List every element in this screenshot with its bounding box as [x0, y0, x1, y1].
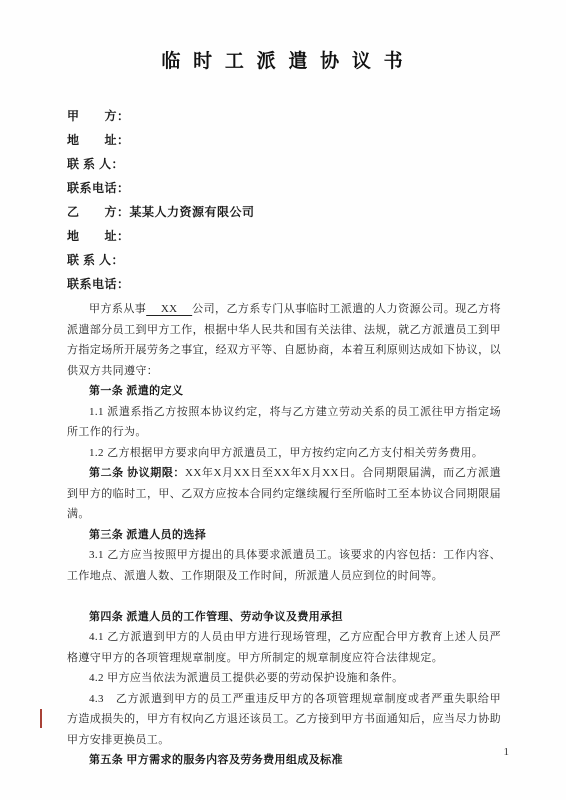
party-b-name-line: 乙 方：某某人力资源有限公司: [67, 200, 501, 224]
clause-3-item-3-1: 3.1 乙方应当按照甲方提出的具体要求派遣员工。该要求的内容包括：工作内容、工作…: [67, 545, 501, 586]
party-b-phone-line: 联系电话：: [67, 272, 501, 296]
party-a-contact-line: 联 系 人：: [67, 152, 501, 176]
party-info-section: 甲 方： 地 址： 联 系 人： 联系电话： 乙 方：某某人力资源有限公司 地 …: [67, 104, 501, 296]
contract-body: 甲方系从事 XX 公司，乙方系专门从事临时工派遣的人力资源公司。现乙方将派遣部分…: [67, 299, 501, 771]
party-a-address-line: 地 址：: [67, 128, 501, 152]
party-b-company-name: 某某人力资源有限公司: [130, 205, 255, 219]
clause-4-item-4-1: 4.1 乙方派遣到甲方的人员由甲方进行现场管理，乙方应配合甲方教育上述人员严格遵…: [67, 627, 501, 668]
clause-5-heading: 第五条 甲方需求的服务内容及劳务费用组成及标准: [67, 750, 501, 771]
party-a-phone-line: 联系电话：: [67, 176, 501, 200]
clause-1-heading: 第一条 派遣的定义: [67, 381, 501, 402]
party-b-address-line: 地 址：: [67, 224, 501, 248]
clause-1-item-1-1: 1.1 派遣系指乙方按照本协议约定，将与乙方建立劳动关系的员工派往甲方指定场所工…: [67, 402, 501, 443]
clause-4-item-4-2: 4.2 甲方应当依法为派遣员工提供必要的劳动保护设施和条件。: [67, 668, 501, 689]
party-a-name-line: 甲 方：: [67, 104, 501, 128]
document-page: 临 时 工 派 遣 协 议 书 甲 方： 地 址： 联 系 人： 联系电话： 乙…: [0, 0, 566, 800]
clause-1-item-1-2: 1.2 乙方根据甲方要求向甲方派遣员工，甲方按约定向乙方支付相关劳务费用。: [67, 443, 501, 464]
page-number: 1: [504, 746, 510, 758]
clause-2-paragraph: 第二条 协议期限：XX年X月XX日至XX年X月XX日。合同期限届满，而乙方派遣到…: [67, 463, 501, 525]
intro-text-before-blank: 甲方系从事: [89, 303, 146, 315]
clause-2-heading: 第二条 协议期限：: [89, 467, 185, 479]
intro-blank-field: XX: [146, 303, 192, 315]
clause-3-heading: 第三条 派遣人员的选择: [67, 525, 501, 546]
revision-mark-bar: [40, 709, 42, 728]
party-b-contact-line: 联 系 人：: [67, 248, 501, 272]
clause-4-heading: 第四条 派遣人员的工作管理、劳动争议及费用承担: [67, 607, 501, 628]
party-b-label: 乙 方：: [67, 205, 130, 219]
blank-line-spacer: [67, 586, 501, 607]
clause-4-item-4-3: 4.3 乙方派遣到甲方的员工严重违反甲方的各项管理规章制度或者严重失职给甲方造成…: [67, 689, 501, 751]
document-title: 临 时 工 派 遣 协 议 书: [67, 46, 501, 73]
intro-paragraph: 甲方系从事 XX 公司，乙方系专门从事临时工派遣的人力资源公司。现乙方将派遣部分…: [67, 299, 501, 381]
